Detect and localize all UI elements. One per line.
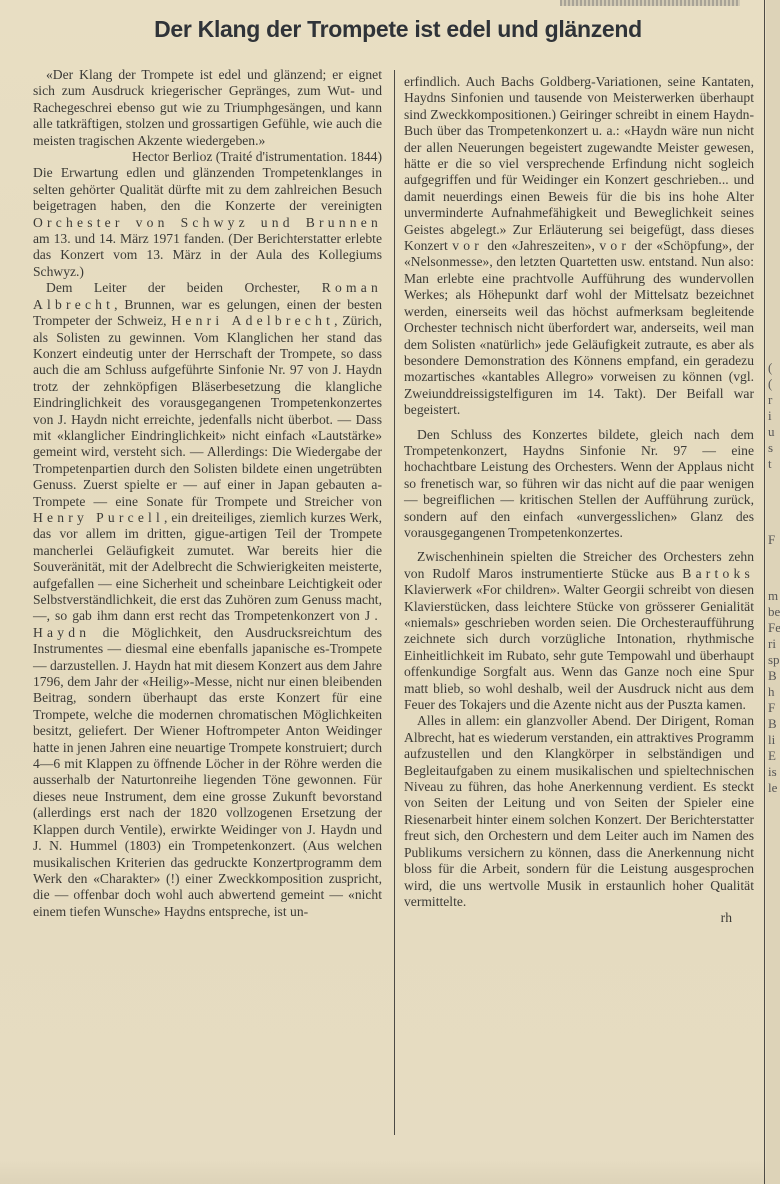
newspaper-clipping: Der Klang der Trompete ist edel und glän… [0, 0, 770, 1184]
article-headline: Der Klang der Trompete ist edel und glän… [0, 16, 780, 43]
paragraph-intro: Die Erwartung edlen und glänzenden Tromp… [33, 165, 382, 280]
author-signature: rh [404, 910, 754, 926]
article-column-left: «Der Klang der Trompete ist edel und glä… [33, 67, 382, 920]
column-divider [394, 70, 395, 1135]
paragraph-soloist: Dem Leiter der beiden Orchester, Roman A… [33, 280, 382, 920]
epigraph-attribution: Hector Berlioz (Traité d'istrumentation.… [33, 149, 382, 165]
paragraph-conclusion: Alles in allem: ein glanzvoller Abend. D… [404, 713, 754, 910]
paragraph-geiringer: erfindlich. Auch Bachs Goldberg-Variatio… [404, 74, 754, 419]
paragraph-symphony: Den Schluss des Konzertes bildete, gleic… [404, 427, 754, 542]
top-border-rule [560, 0, 740, 6]
emphasized-name-bartok: Bartoks [682, 566, 754, 581]
epigraph-quote: «Der Klang der Trompete ist edel und glä… [33, 67, 382, 149]
emphasized-orchestras: Orchester von Schwyz und Brunnen [33, 215, 382, 230]
paper-shadow [0, 1160, 770, 1184]
adjacent-clipping-edge: ( ( r i u s t F m be Fe ri sp B h F B li… [766, 0, 780, 1184]
article-column-right: erfindlich. Auch Bachs Goldberg-Variatio… [404, 74, 754, 927]
emphasized-name-soloist: Henri Adelbrecht [171, 313, 334, 328]
emphasized-name-purcell: Henry Purcell [33, 510, 164, 525]
paragraph-bartok: Zwischenhinein spielten die Streicher de… [404, 549, 754, 713]
clipping-edge-rule [764, 0, 765, 1184]
